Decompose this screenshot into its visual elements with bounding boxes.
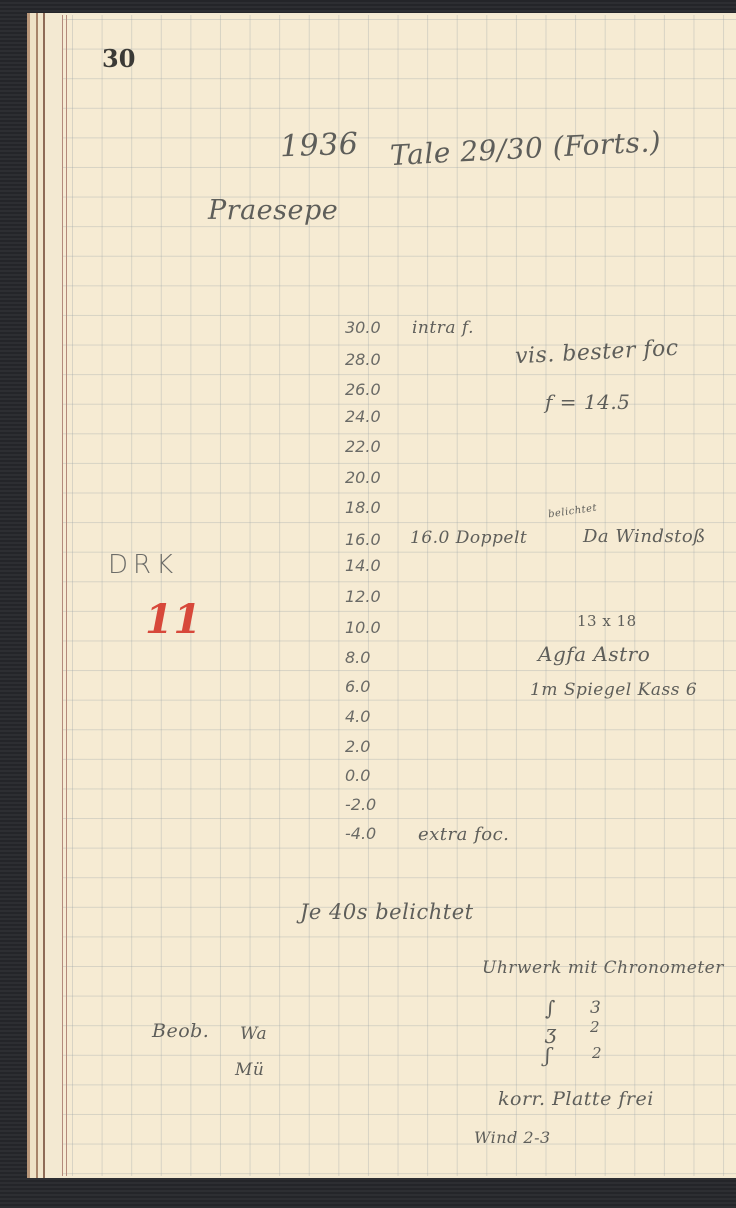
focus-value: 30.0 <box>345 318 381 337</box>
focus-value: 6.0 <box>345 677 370 696</box>
focus-value: 20.0 <box>345 468 381 487</box>
focus-value: 14.0 <box>345 556 381 575</box>
page-number: 30 <box>102 44 135 73</box>
clock-value: 2 <box>590 1018 600 1036</box>
clock-title: Uhrwerk mit Chronometer <box>482 958 724 978</box>
observer-name: Wa <box>240 1024 267 1044</box>
focus-value: 10.0 <box>345 618 381 637</box>
plate-status-note: korr. Platte frei <box>498 1088 654 1110</box>
clock-symbol: ∫ <box>545 996 556 1020</box>
plate-type-note: Agfa Astro <box>538 642 650 666</box>
focus-value: 8.0 <box>345 648 370 667</box>
observer-name: Mü <box>235 1060 264 1080</box>
focus-value: 12.0 <box>345 587 381 606</box>
clock-value: 3 <box>590 998 601 1018</box>
windstoss-note: Da Windstoß <box>583 526 706 547</box>
observers-label: Beob. <box>152 1020 209 1042</box>
double-exposure-note: 16.0 Doppelt <box>410 528 527 548</box>
focus-value: 22.0 <box>345 437 381 456</box>
clock-symbol: ʃ <box>545 1043 551 1067</box>
wind-note: Wind 2-3 <box>474 1128 551 1147</box>
focus-value: 24.0 <box>345 407 381 426</box>
focus-value: 16.0 <box>345 530 381 549</box>
focus-value: -2.0 <box>345 795 376 814</box>
clock-symbol: ʒ <box>545 1020 557 1044</box>
exposure-note: Je 40s belichtet <box>300 900 474 924</box>
object-name: Praesepe <box>208 195 338 226</box>
focus-value: 28.0 <box>345 350 381 369</box>
focal-value-note: f = 14.5 <box>545 390 630 414</box>
extra-focus-note: extra foc. <box>418 824 509 845</box>
focus-value: 4.0 <box>345 707 370 726</box>
focus-value: 0.0 <box>345 766 370 785</box>
clock-value: 2 <box>592 1044 602 1062</box>
margin-rule <box>62 15 63 1176</box>
focus-value: 2.0 <box>345 737 370 756</box>
mirror-cassette-note: 1m Spiegel Kass 6 <box>530 680 697 700</box>
intra-focus-note: intra f. <box>412 318 474 338</box>
plate-size-note: 13 x 18 <box>577 612 637 630</box>
header-year: 1936 <box>279 127 359 165</box>
margin-rule <box>66 15 67 1176</box>
focus-value: 18.0 <box>345 498 381 517</box>
red-plate-number: 11 <box>145 596 202 643</box>
focus-value: -4.0 <box>345 824 376 843</box>
drk-margin-note: DRK <box>108 550 178 580</box>
focus-value: 26.0 <box>345 380 381 399</box>
